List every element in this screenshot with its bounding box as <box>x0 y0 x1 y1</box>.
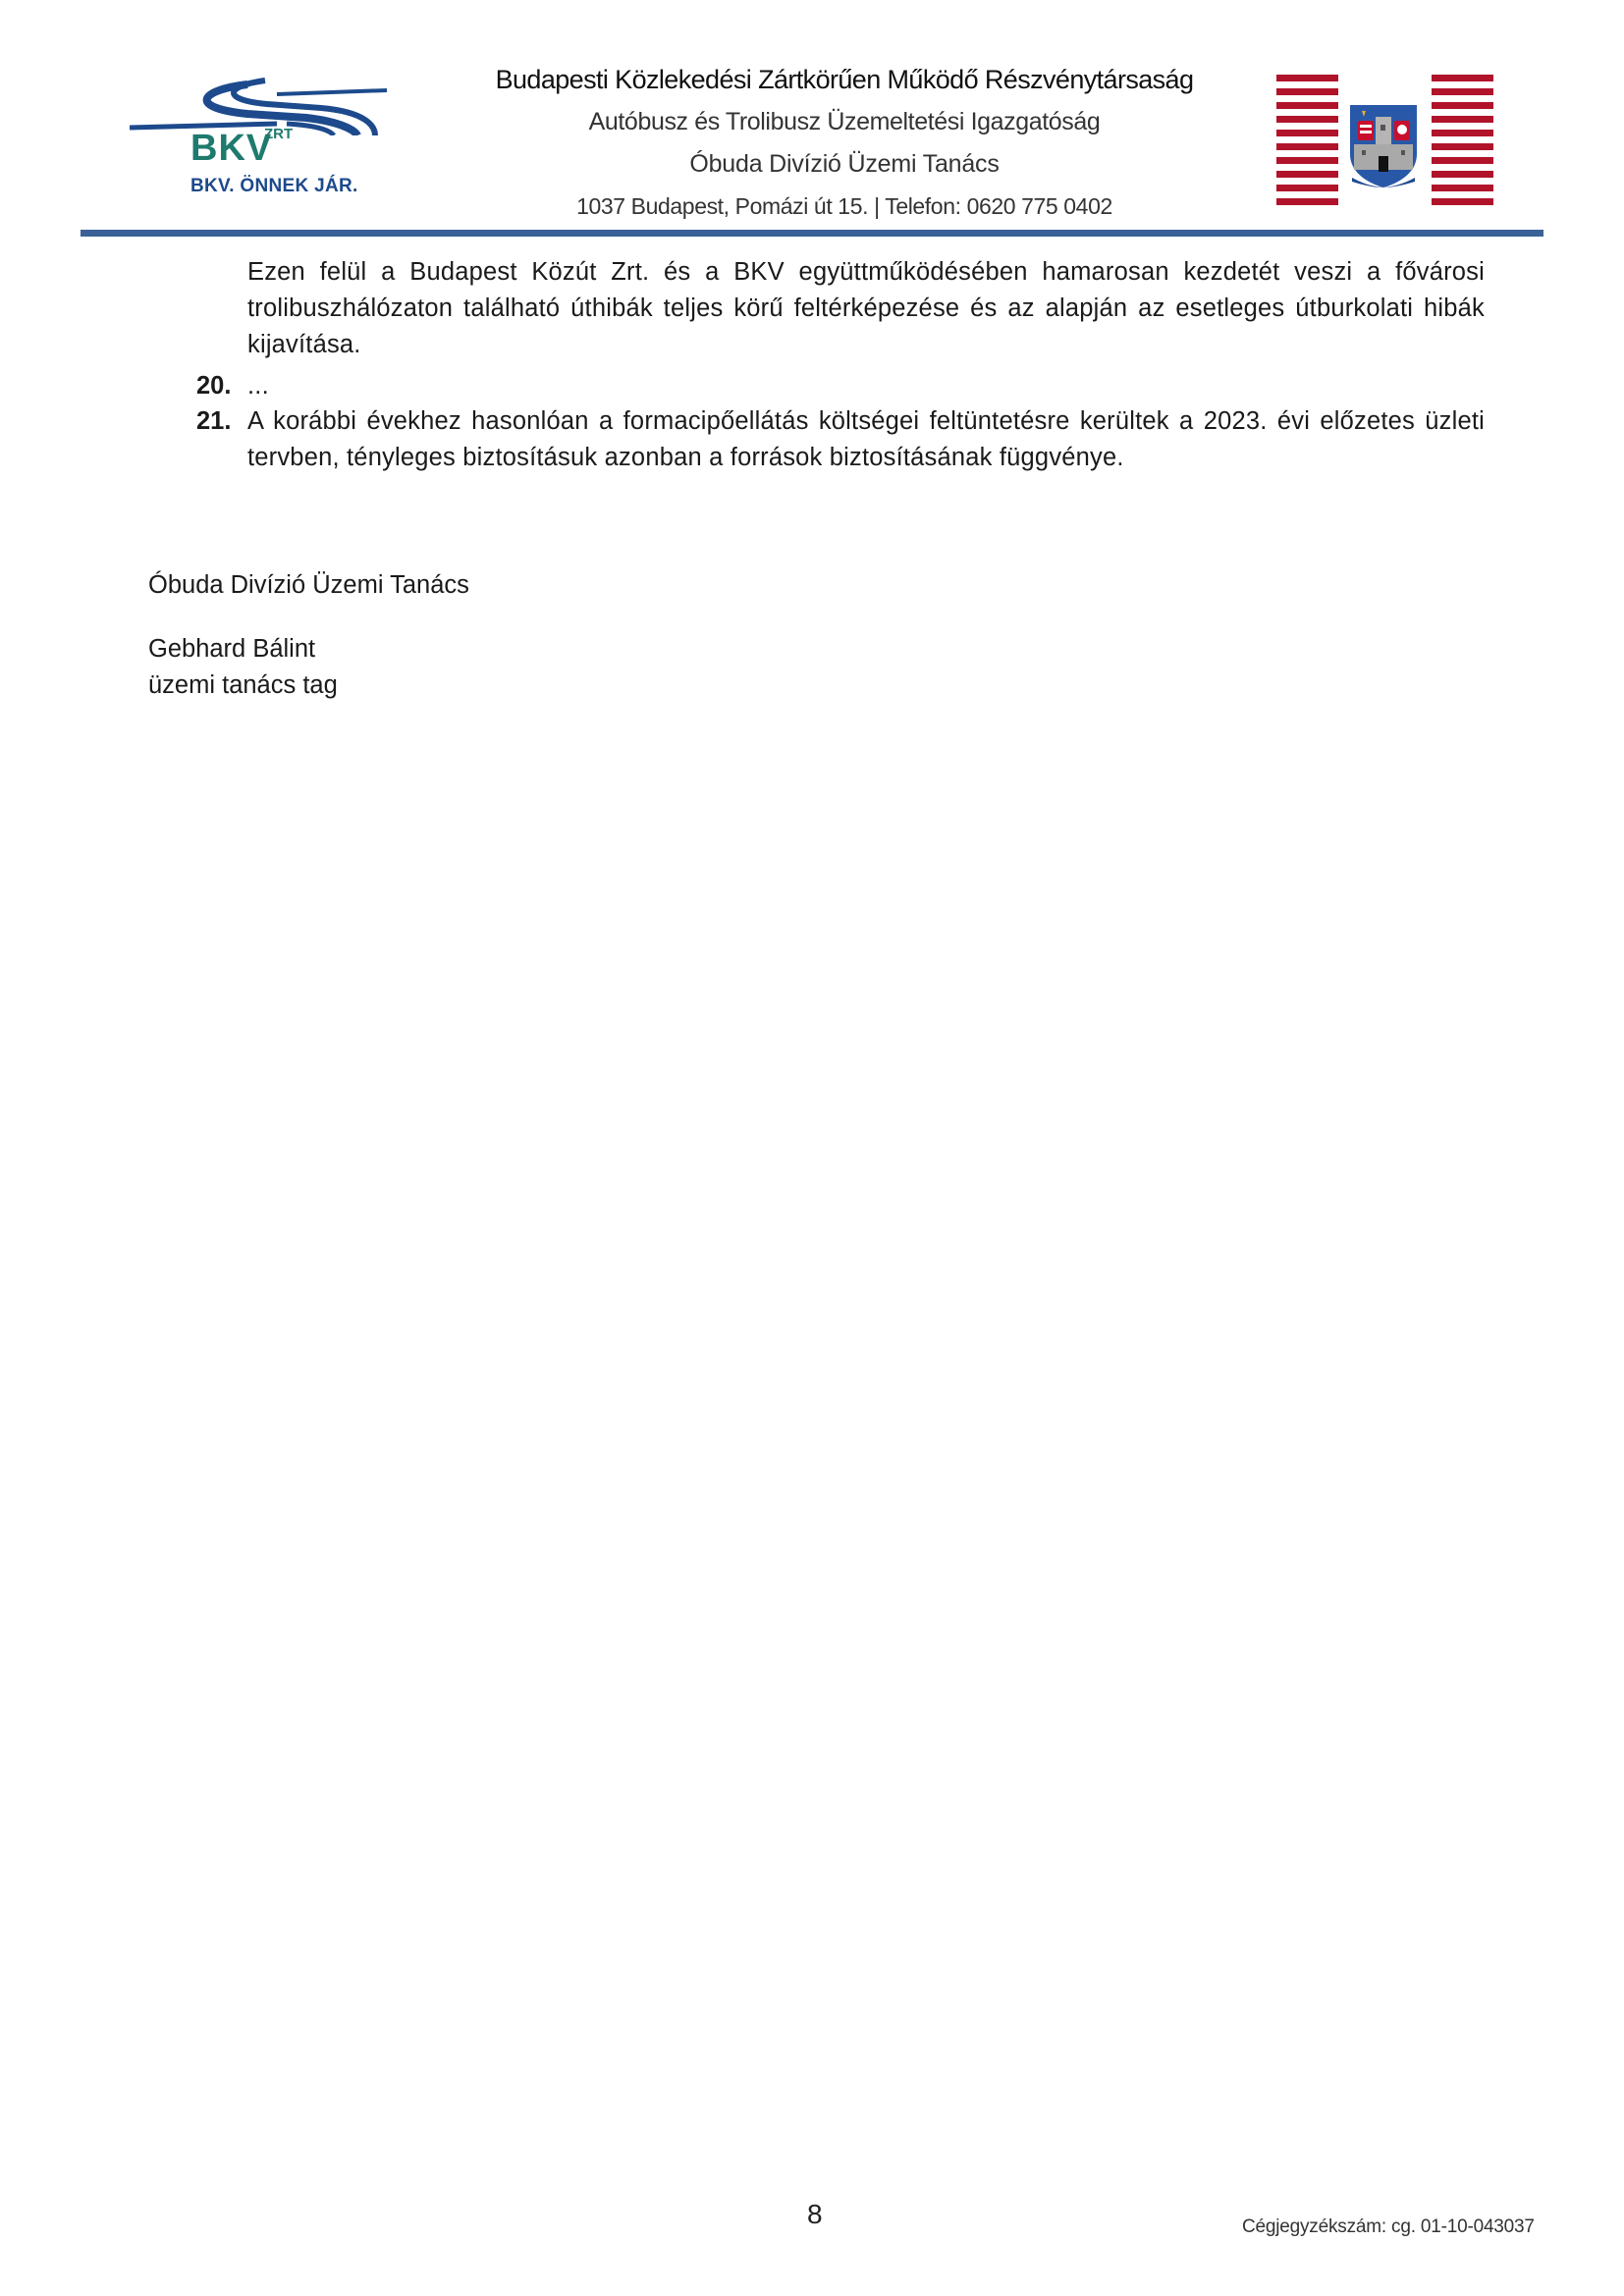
flag-stripes-right <box>1432 75 1493 212</box>
header-divider <box>81 230 1543 237</box>
obuda-coat-of-arms-icon <box>1348 103 1419 187</box>
letterhead: BKV ZRT BKV. ÖNNEK JÁR. Budapesti Közlek… <box>0 0 1624 240</box>
flag-stripes-left <box>1276 75 1338 212</box>
bkv-wordmark: BKV <box>190 130 272 167</box>
list-item-number: 20. <box>196 368 247 404</box>
list-item-text: ... <box>247 368 1485 404</box>
page-number: 8 <box>807 2199 823 2230</box>
bkv-slogan: BKV. ÖNNEK JÁR. <box>190 177 358 195</box>
letterhead-text: Budapesti Közlekedési Zártkörűen Működő … <box>461 59 1227 228</box>
bkv-zrt-superscript: ZRT <box>264 127 293 141</box>
list-item-number: 21. <box>196 403 247 440</box>
signature-name: Gebhard Bálint <box>148 631 315 667</box>
registration-number: Cégjegyzékszám: cg. 01-10-043037 <box>1242 2216 1535 2238</box>
bkv-logo-icon <box>130 77 390 135</box>
signature-role: üzemi tanács tag <box>148 667 338 704</box>
directorate-name: Autóbusz és Trolibusz Üzemeltetési Igazg… <box>461 101 1227 143</box>
bkv-logo: BKV ZRT BKV. ÖNNEK JÁR. <box>130 77 390 209</box>
signature-organization: Óbuda Divízió Üzemi Tanács <box>148 567 469 604</box>
continuation-paragraph: Ezen felül a Budapest Közút Zrt. és a BK… <box>247 254 1485 363</box>
list-item-text: A korábbi évekhez hasonlóan a formacipőe… <box>247 403 1485 476</box>
company-name: Budapesti Közlekedési Zártkörűen Működő … <box>461 59 1227 101</box>
address-line: 1037 Budapest, Pomázi út 15. | Telefon: … <box>461 186 1227 228</box>
council-name: Óbuda Divízió Üzemi Tanács <box>461 143 1227 186</box>
